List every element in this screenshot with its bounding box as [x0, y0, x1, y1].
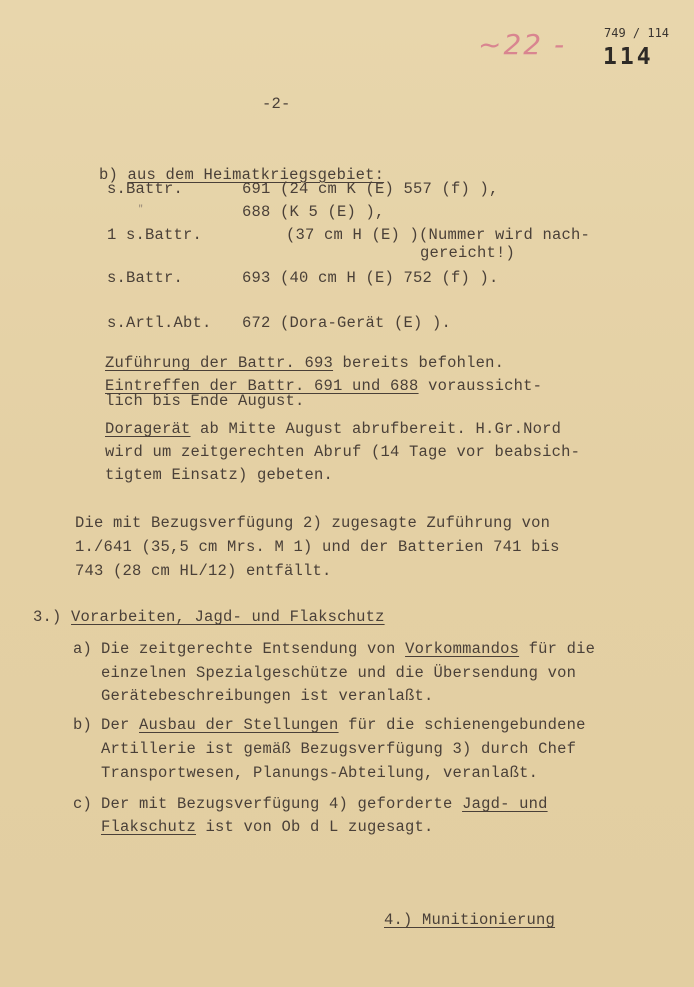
- ditto-mark: ": [138, 204, 143, 214]
- note-line: Zuführung der Battr. 693 bereits befohle…: [105, 356, 504, 372]
- item-text: Die zeitgerechte Entsendung von: [101, 640, 405, 658]
- item-label: c): [73, 797, 92, 813]
- archive-stamp-small: 749 / 114: [604, 26, 669, 40]
- pencil-annotation: ~22 -: [478, 28, 566, 61]
- item-line: Transportwesen, Planungs-Abteilung, vera…: [101, 766, 538, 782]
- item-line: einzelnen Spezialgeschütze und die Übers…: [101, 666, 576, 682]
- note-underlined: Doragerät: [105, 420, 191, 438]
- battery-unit: s.Artl.Abt.: [107, 316, 212, 332]
- item-underlined: Vorkommandos: [405, 640, 519, 658]
- item-label: a): [73, 642, 92, 658]
- next-section-reference: 4.) Munitionierung: [384, 913, 555, 929]
- paragraph-line: Die mit Bezugsverfügung 2) zugesagte Zuf…: [75, 516, 550, 532]
- note-text: voraussicht-: [419, 377, 543, 395]
- item-underlined: Flakschutz: [101, 818, 196, 836]
- item-line: Die zeitgerechte Entsendung von Vorkomma…: [101, 642, 595, 658]
- note-line-continued: tigtem Einsatz) gebeten.: [105, 468, 333, 484]
- note-line-continued: lich bis Ende August.: [105, 394, 305, 410]
- paragraph-line: 743 (28 cm HL/12) entfällt.: [75, 564, 332, 580]
- section-3-title: Vorarbeiten, Jagd- und Flakschutz: [71, 608, 385, 626]
- battery-unit: s.Battr.: [107, 271, 183, 287]
- note-line-continued: wird um zeitgerechten Abruf (14 Tage vor…: [105, 445, 580, 461]
- note-underlined: Zuführung der Battr. 693: [105, 354, 333, 372]
- section-b-heading: b) aus dem Heimatkriegsgebiet:: [80, 152, 384, 183]
- item-line: Artillerie ist gemäß Bezugsverfügung 3) …: [101, 742, 576, 758]
- page-number: -2-: [262, 97, 291, 113]
- section-3-number: 3.): [33, 608, 62, 626]
- battery-detail: 688 (K 5 (E) ),: [242, 205, 385, 221]
- paragraph-line: 1./641 (35,5 cm Mrs. M 1) und der Batter…: [75, 540, 560, 556]
- battery-unit: s.Battr.: [107, 182, 183, 198]
- item-line: Der mit Bezugsverfügung 4) geforderte Ja…: [101, 797, 548, 813]
- battery-unit: 1 s.Battr.: [107, 228, 202, 244]
- item-line: Der Ausbau der Stellungen für die schien…: [101, 718, 586, 734]
- item-text: Der: [101, 716, 139, 734]
- section-3-heading: 3.) Vorarbeiten, Jagd- und Flakschutz: [33, 610, 385, 626]
- note-line: Doragerät ab Mitte August abrufbereit. H…: [105, 422, 561, 438]
- item-label: b): [73, 718, 92, 734]
- battery-detail: 691 (24 cm K (E) 557 (f) ),: [242, 182, 499, 198]
- archive-stamp-large: 114: [603, 44, 654, 70]
- battery-detail: (37 cm H (E) )(Nummer wird nach-: [286, 228, 590, 244]
- battery-detail: 672 (Dora-Gerät (E) ).: [242, 316, 451, 332]
- item-underlined: Ausbau der Stellungen: [139, 716, 339, 734]
- item-text: für die: [519, 640, 595, 658]
- note-text: ab Mitte August abrufbereit. H.Gr.Nord: [191, 420, 562, 438]
- item-line: Gerätebeschreibungen ist veranlaßt.: [101, 689, 434, 705]
- item-line: Flakschutz ist von Ob d L zugesagt.: [101, 820, 434, 836]
- note-text: bereits befohlen.: [333, 354, 504, 372]
- item-text: für die schienengebundene: [339, 716, 586, 734]
- item-underlined: Jagd- und: [462, 795, 548, 813]
- item-text: Der mit Bezugsverfügung 4) geforderte: [101, 795, 462, 813]
- battery-detail: 693 (40 cm H (E) 752 (f) ).: [242, 271, 499, 287]
- item-text: ist von Ob d L zugesagt.: [196, 818, 434, 836]
- battery-detail-continued: gereicht!): [420, 246, 515, 262]
